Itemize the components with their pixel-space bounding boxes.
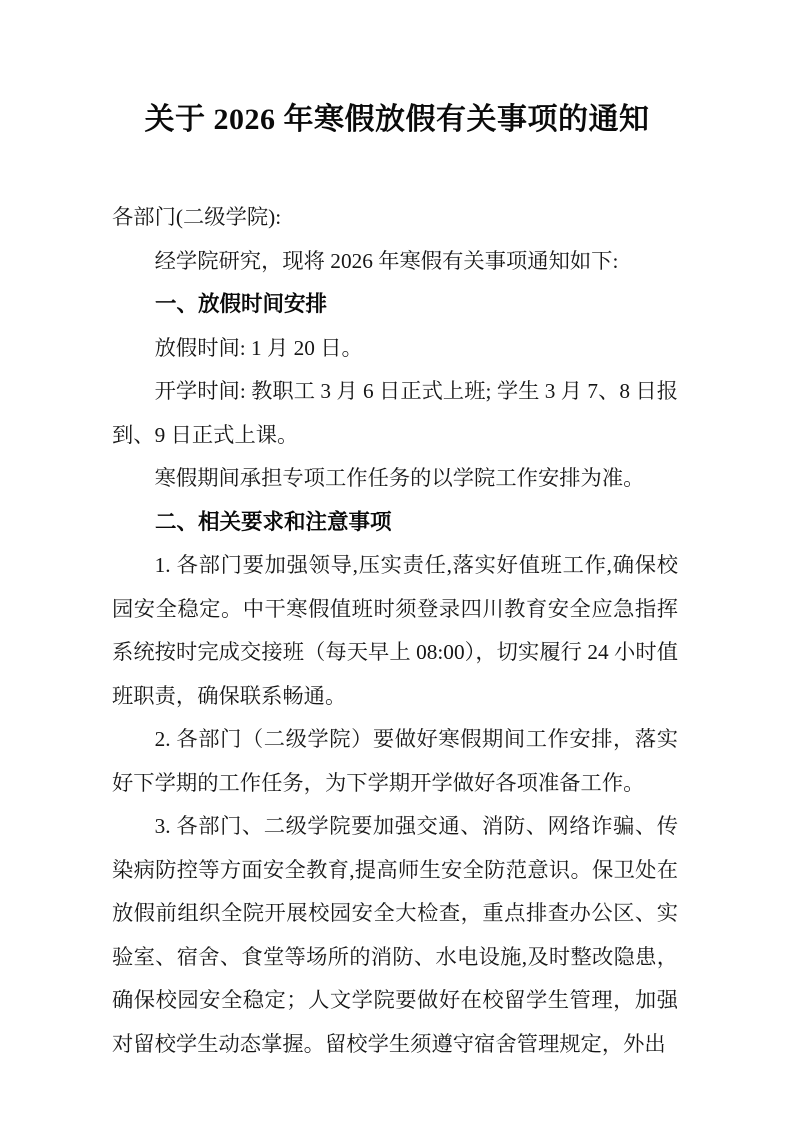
paragraph-item-3-safety-education: 3. 各部门、二级学院要加强交通、消防、网络诈骗、传染病防控等方面安全教育,提高… bbox=[112, 805, 678, 1066]
paragraph-holiday-start-date: 放假时间: 1 月 20 日。 bbox=[112, 327, 678, 371]
section-heading-holiday-schedule: 一、放假时间安排 bbox=[112, 283, 678, 327]
section-heading-requirements: 二、相关要求和注意事项 bbox=[112, 501, 678, 545]
document-page: 关于 2026 年寒假放假有关事项的通知 各部门(二级学院): 经学院研究，现将… bbox=[0, 0, 794, 1122]
paragraph-item-1-duty-arrangement: 1. 各部门要加强领导,压实责任,落实好值班工作,确保校园安全稳定。中干寒假值班… bbox=[112, 544, 678, 718]
document-body: 各部门(二级学院): 经学院研究，现将 2026 年寒假有关事项通知如下: 一、… bbox=[112, 196, 678, 1066]
paragraph-intro: 经学院研究，现将 2026 年寒假有关事项通知如下: bbox=[112, 240, 678, 284]
document-title: 关于 2026 年寒假放假有关事项的通知 bbox=[0, 0, 794, 140]
salutation-line: 各部门(二级学院): bbox=[112, 196, 678, 240]
paragraph-special-duty-note: 寒假期间承担专项工作任务的以学院工作安排为准。 bbox=[112, 457, 678, 501]
paragraph-semester-start-date: 开学时间: 教职工 3 月 6 日正式上班; 学生 3 月 7、8 日报到、9 … bbox=[112, 370, 678, 457]
paragraph-item-2-work-plan: 2. 各部门（二级学院）要做好寒假期间工作安排，落实好下学期的工作任务，为下学期… bbox=[112, 718, 678, 805]
